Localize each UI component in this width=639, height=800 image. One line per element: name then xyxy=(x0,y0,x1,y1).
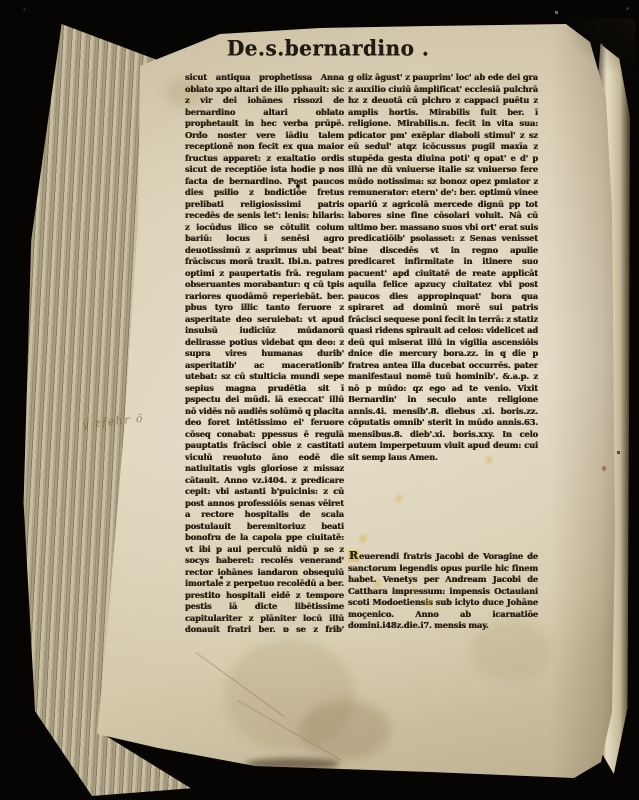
red-ink-spot xyxy=(602,466,606,471)
ink-spot xyxy=(220,576,223,579)
colophon-paragraph: Reuerendi fratris Jacobi de Voragine de … xyxy=(348,550,538,650)
wormhole-spot xyxy=(296,184,300,188)
parchment-stain xyxy=(300,700,390,760)
text-column-right: g oliz āgust' z pauprim' loc' ab ede dei… xyxy=(348,72,538,522)
page-edge-smudge xyxy=(245,758,340,770)
book-photograph: De.s.bernardino . sicut antiqua propheti… xyxy=(0,0,639,800)
dust-specks xyxy=(0,0,1,1)
text-column-left: sicut antiqua prophetissa Anna oblato xp… xyxy=(185,72,344,632)
page-title: De.s.bernardino . xyxy=(218,35,438,61)
